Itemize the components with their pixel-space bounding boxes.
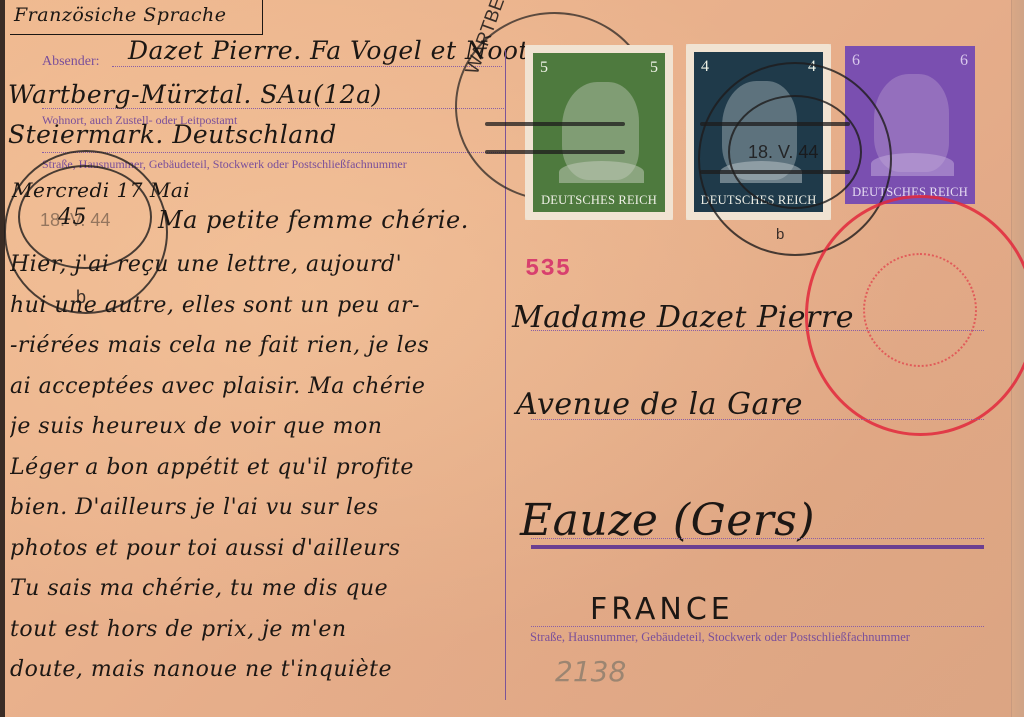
recipient-line-1: [531, 330, 984, 331]
postmark-bar: [485, 150, 625, 154]
sender-label: Absender:: [42, 54, 100, 70]
letter-line: photos et pour toi aussi d'ailleurs: [10, 536, 401, 561]
wartberg-postmark-date: 18. V. 44: [748, 142, 818, 163]
stamp-value-right: 5: [650, 59, 658, 77]
sender-line-1: [112, 66, 502, 67]
sender-town: Wartberg-Mürztal. SAu(12a): [8, 80, 382, 109]
letter-year-note: 45: [58, 205, 87, 230]
pencil-note: 2138: [555, 655, 626, 688]
recipient-street-caption: Straße, Hausnummer, Gebäudeteil, Stockwe…: [530, 630, 910, 645]
letter-dateline: Mercredi 17 Mai: [12, 178, 190, 202]
letter-line: bien. D'ailleurs je l'ai vu sur les: [10, 495, 379, 520]
recipient-line-3: [531, 538, 984, 539]
recipient-street: Avenue de la Gare: [516, 387, 803, 422]
stamp-5pf: 5 5 DEUTSCHES REICH: [525, 45, 673, 220]
scan-left-edge: [0, 0, 5, 717]
letter-line: tout est hors de prix, je m'en: [10, 617, 347, 642]
sender-line-3: [42, 152, 504, 153]
stamp-value-left: 4: [701, 58, 709, 76]
letter-line: -riérées mais cela ne fait rien, je les: [10, 333, 429, 358]
postmark-bar: [700, 170, 850, 174]
letter-line: doute, mais nanoue ne t'inquiète: [10, 657, 392, 682]
portrait-collar: [559, 161, 643, 183]
letter-line: Léger a bon appétit et qu'il profite: [10, 455, 414, 480]
postcard: Französiche Sprache Absender: Dazet Pier…: [0, 0, 1024, 717]
letter-line: je suis heureux de voir que mon: [10, 414, 382, 439]
recipient-line-2: [531, 419, 984, 420]
censor-number: 535: [525, 256, 571, 283]
stamp-value-left: 5: [540, 59, 548, 77]
letter-line: hui une autre, elles sont un peu ar-: [10, 293, 420, 318]
recipient-country: FRANCE: [590, 592, 734, 627]
letter-salutation: Ma petite femme chérie.: [158, 206, 469, 234]
stamp-value-left: 6: [852, 52, 860, 70]
letter-line: Tu sais ma chérie, tu me dis que: [10, 576, 388, 601]
wartberg-postmark-code: b: [776, 226, 784, 243]
recipient-line-4: [531, 626, 984, 627]
stamp-value-right: 6: [960, 52, 968, 70]
eagle-emblem-icon: [863, 253, 977, 367]
letter-line: Hier, j'ai reçu une lettre, aujourd': [10, 252, 402, 277]
postmark-bar: [485, 122, 625, 126]
stamp-caption: DEUTSCHES REICH: [533, 193, 665, 208]
letter-line: ai acceptées avec plaisir. Ma chérie: [10, 374, 425, 399]
sender-region: Steiermark. Deutschland: [8, 120, 337, 149]
postmark-bar: [700, 122, 850, 126]
language-note: Französiche Sprache: [14, 4, 226, 26]
city-underline: [531, 545, 984, 549]
